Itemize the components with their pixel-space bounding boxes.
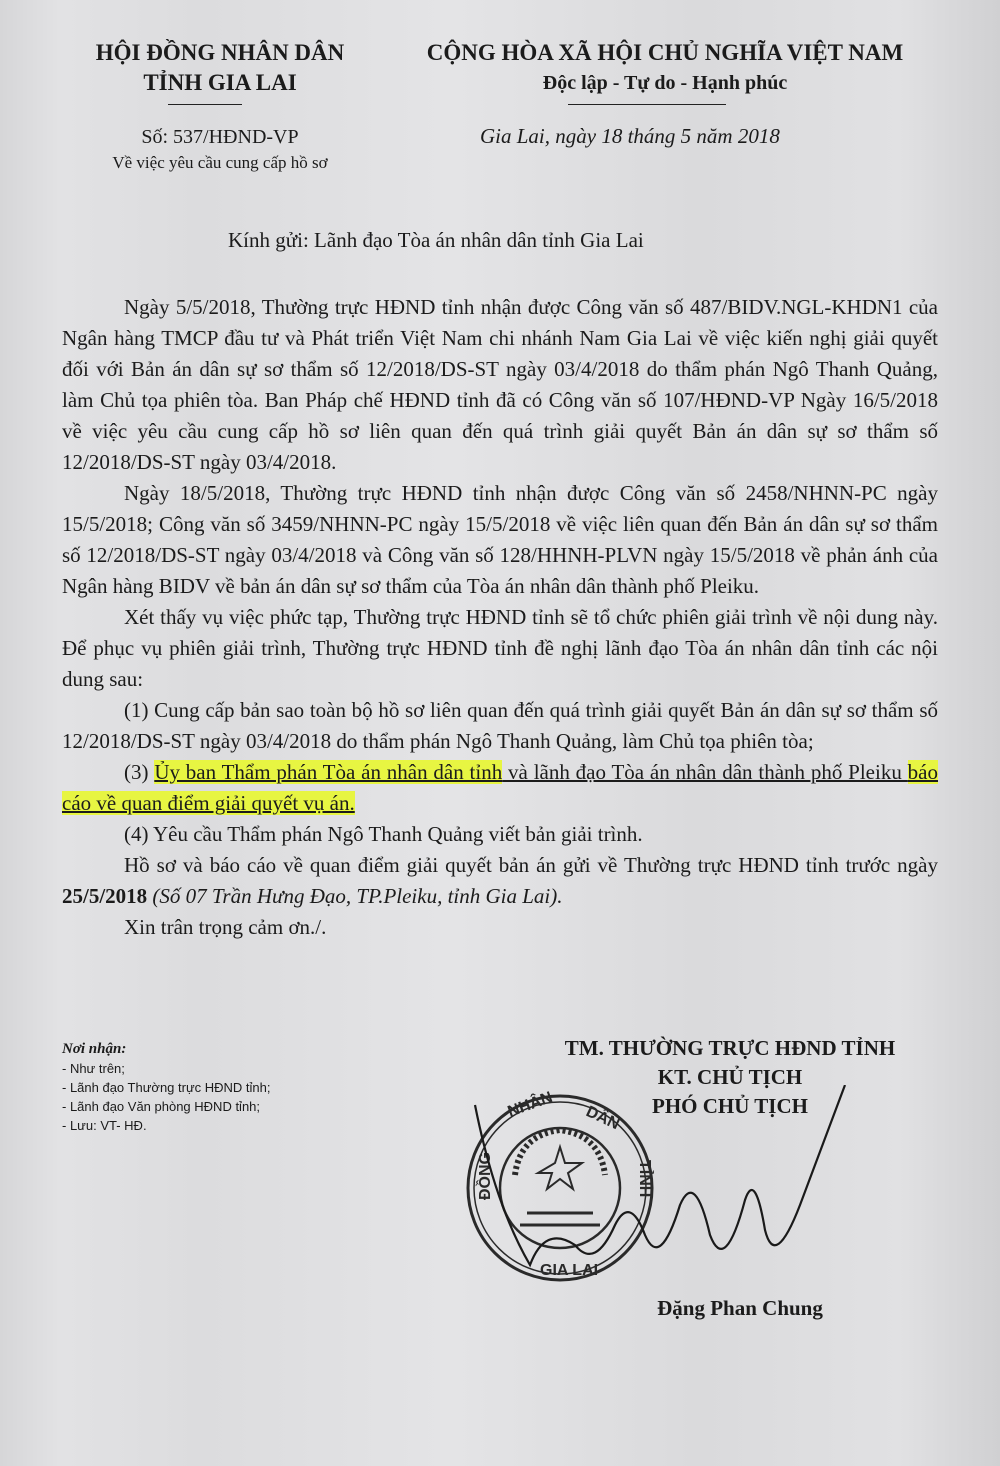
issuing-organization: HỘI ĐỒNG NHÂN DÂN TỈNH GIA LAI: [70, 38, 370, 98]
signer-name: Đặng Phan Chung: [590, 1296, 890, 1321]
request-item-4: (4) Yêu cầu Thẩm phán Ngô Thanh Quảng vi…: [62, 819, 938, 850]
document-page: HỘI ĐỒNG NHÂN DÂN TỈNH GIA LAI CỘNG HÒA …: [0, 0, 1000, 1466]
p4-text: Hồ sơ và báo cáo về quan điểm giải quyết…: [124, 853, 938, 877]
address: (Số 07 Trần Hưng Đạo, TP.Pleiku, tỉnh Gi…: [147, 884, 562, 908]
recipients-block: Nơi nhận: - Như trên; - Lãnh đạo Thường …: [62, 1040, 271, 1135]
recipients-title: Nơi nhận:: [62, 1040, 271, 1059]
svg-text:ĐỒNG: ĐỒNG: [475, 1152, 494, 1200]
recipient-item: - Như trên;: [62, 1059, 271, 1078]
salutation: Kính gửi: Lãnh đạo Tòa án nhân dân tỉnh …: [228, 228, 644, 253]
request-item-3: (3) Ủy ban Thẩm phán Tòa án nhân dân tỉn…: [62, 757, 938, 819]
org-name-line1: HỘI ĐỒNG NHÂN DÂN: [70, 38, 370, 68]
document-subject: Về việc yêu cầu cung cấp hồ sơ: [70, 150, 370, 176]
paragraph-3: Xét thấy vụ việc phức tạp, Thường trực H…: [62, 602, 938, 695]
motto: Độc lập - Tự do - Hạnh phúc: [385, 68, 945, 98]
closing: Xin trân trọng cảm ơn./.: [62, 912, 938, 943]
org-name-line2: TỈNH GIA LAI: [70, 68, 370, 98]
paragraph-4: Hồ sơ và báo cáo về quan điểm giải quyết…: [62, 850, 938, 912]
request-item-1: (1) Cung cấp bản sao toàn bộ hồ sơ liên …: [62, 695, 938, 757]
header-right-rule: [568, 104, 726, 105]
recipient-item: - Lãnh đạo Văn phòng HĐND tỉnh;: [62, 1097, 271, 1116]
svg-text:GIA LAI: GIA LAI: [540, 1262, 598, 1279]
paragraph-1: Ngày 5/5/2018, Thường trực HĐND tỉnh nhậ…: [62, 292, 938, 478]
svg-text:NHÂN: NHÂN: [505, 1087, 555, 1121]
paragraph-2: Ngày 18/5/2018, Thường trực HĐND tỉnh nh…: [62, 478, 938, 602]
nation-name: CỘNG HÒA XÃ HỘI CHỦ NGHĨA VIỆT NAM: [385, 38, 945, 68]
signature-line-1: TM. THƯỜNG TRỰC HĐND TỈNH: [470, 1034, 990, 1063]
recipient-item: - Lãnh đạo Thường trực HĐND tỉnh;: [62, 1078, 271, 1097]
date-line: Gia Lai, ngày 18 tháng 5 năm 2018: [480, 124, 780, 149]
official-seal-and-signature: NHÂN DÂN ĐỒNG TỈNH GIA LAI: [455, 1085, 895, 1285]
underlined-text: và lãnh đạo Tòa án nhân dân thành phố Pl…: [502, 760, 907, 784]
document-number-block: Số: 537/HĐND-VP Về việc yêu cầu cung cấp…: [70, 124, 370, 176]
letter-body: Ngày 5/5/2018, Thường trực HĐND tỉnh nhậ…: [62, 292, 938, 943]
highlighted-text: Ủy ban Thẩm phán Tòa án nhân dân tỉnh: [154, 760, 502, 784]
item-3-prefix: (3): [124, 760, 154, 784]
national-motto: CỘNG HÒA XÃ HỘI CHỦ NGHĨA VIỆT NAM Độc l…: [385, 38, 945, 98]
header-left-rule: [168, 104, 242, 105]
recipient-item: - Lưu: VT- HĐ.: [62, 1116, 271, 1135]
deadline-date: 25/5/2018: [62, 884, 147, 908]
svg-text:TỈNH: TỈNH: [636, 1160, 655, 1197]
document-number: Số: 537/HĐND-VP: [70, 124, 370, 150]
